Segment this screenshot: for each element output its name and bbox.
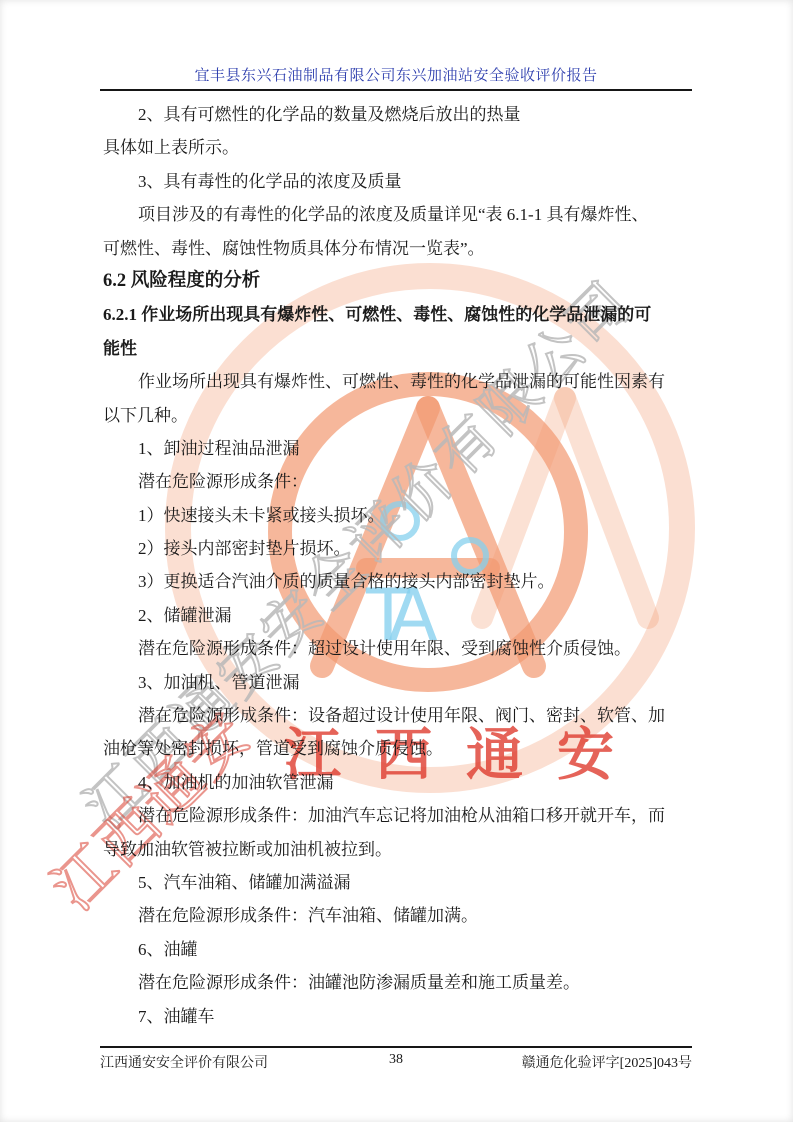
section-heading: 6.2 风险程度的分析: [103, 265, 689, 298]
document-line: 导致加油软管被拉断或加油机被拉到。: [103, 833, 689, 866]
document-line: 1）快速接头未卡紧或接头损坏。: [103, 499, 689, 532]
page-footer: 江西通安安全评价有限公司 38 赣通危化验评字[2025]043号: [100, 1046, 692, 1072]
document-line: 7、油罐车: [103, 1000, 689, 1033]
footer-page-number: 38: [389, 1052, 403, 1068]
document-line: 5、汽车油箱、储罐加满溢漏: [103, 866, 689, 899]
document-line: 2、储罐泄漏: [103, 599, 689, 632]
document-line: 潜在危险源形成条件：设备超过设计使用年限、阀门、密封、软管、加: [103, 699, 689, 732]
header-title: 宜丰县东兴石油制品有限公司东兴加油站安全验收评价报告: [100, 64, 692, 85]
report-page: 江西通安安全评价有限公司 江西通安 TA 江西通安 宜丰县东兴石油制品有限公司东…: [0, 0, 793, 1122]
document-line: 潜在危险源形成条件：超过设计使用年限、受到腐蚀性介质侵蚀。: [103, 632, 689, 665]
footer-document-number: 赣通危化验评字[2025]043号: [522, 1052, 692, 1072]
document-line: 作业场所出现具有爆炸性、可燃性、毒性的化学品泄漏的可能性因素有: [103, 365, 689, 398]
footer-rule: [100, 1046, 692, 1048]
document-line: 6、油罐: [103, 933, 689, 966]
page-header: 宜丰县东兴石油制品有限公司东兴加油站安全验收评价报告: [100, 0, 692, 91]
footer-company: 江西通安安全评价有限公司: [100, 1052, 268, 1072]
header-rule: [100, 89, 692, 91]
document-line: 2）接头内部密封垫片损坏。: [103, 532, 689, 565]
document-line: 1、卸油过程油品泄漏: [103, 432, 689, 465]
document-line: 2、具有可燃性的化学品的数量及燃烧后放出的热量: [103, 98, 689, 131]
section-heading: 能性: [103, 332, 689, 365]
document-line: 可燃性、毒性、腐蚀性物质具体分布情况一览表”。: [103, 232, 689, 265]
document-line: 潜在危险源形成条件：汽车油箱、储罐加满。: [103, 899, 689, 932]
document-line: 潜在危险源形成条件：: [103, 465, 689, 498]
document-line: 项目涉及的有毒性的化学品的浓度及质量详见“表 6.1-1 具有爆炸性、: [103, 198, 689, 231]
document-line: 以下几种。: [103, 399, 689, 432]
document-line: 潜在危险源形成条件：加油汽车忘记将加油枪从油箱口移开就开车，而: [103, 799, 689, 832]
document-body: 2、具有可燃性的化学品的数量及燃烧后放出的热量具体如上表所示。3、具有毒性的化学…: [103, 98, 689, 1033]
document-line: 3）更换适合汽油介质的质量合格的接头内部密封垫片。: [103, 565, 689, 598]
document-line: 潜在危险源形成条件：油罐池防渗漏质量差和施工质量差。: [103, 966, 689, 999]
document-line: 3、具有毒性的化学品的浓度及质量: [103, 165, 689, 198]
document-line: 具体如上表所示。: [103, 131, 689, 164]
document-line: 3、加油机、管道泄漏: [103, 666, 689, 699]
document-line: 油枪等处密封损坏，管道受到腐蚀介质侵蚀。: [103, 732, 689, 765]
section-heading: 6.2.1 作业场所出现具有爆炸性、可燃性、毒性、腐蚀性的化学品泄漏的可: [103, 298, 689, 331]
document-line: 4、加油机的加油软管泄漏: [103, 766, 689, 799]
